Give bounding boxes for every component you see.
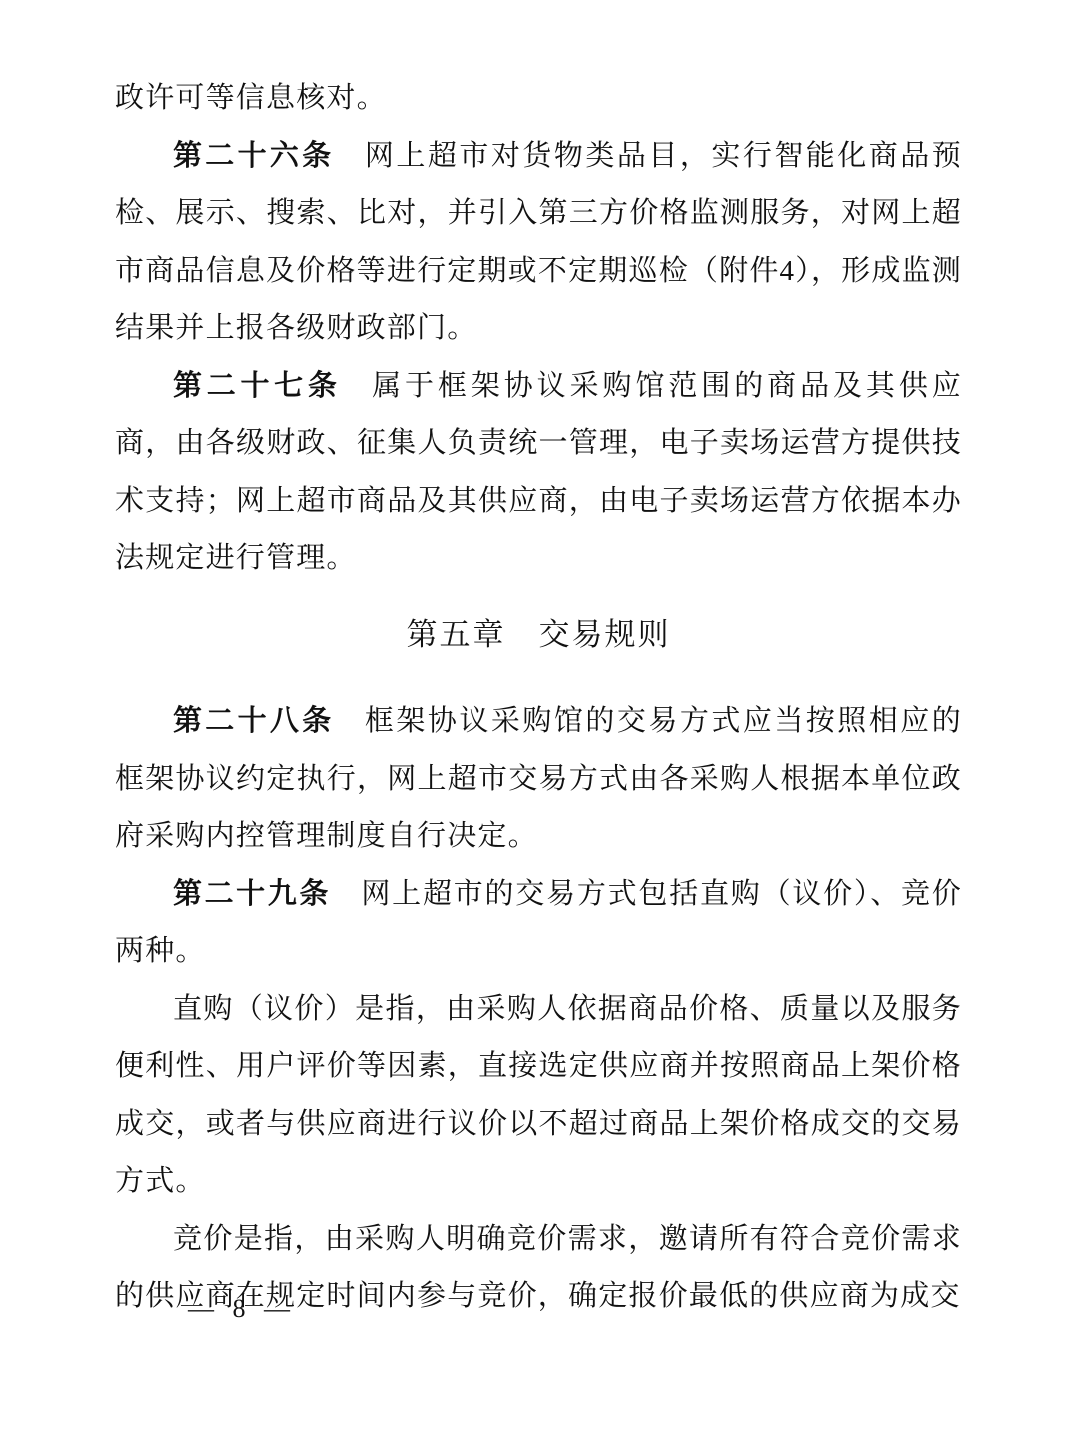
article-number: 第二十八条 [173,705,334,737]
article-number: 第二十九条 [173,878,331,910]
continuation-paragraph: 政许可等信息核对。 [115,70,962,128]
document-page: 政许可等信息核对。第二十六条网上超市对货物类品目，实行智能化商品预检、展示、搜索… [0,0,1077,1451]
article-paragraph: 第二十六条网上超市对货物类品目，实行智能化商品预检、展示、搜索、比对，并引入第三… [115,128,962,358]
chapter-heading: 第五章 交易规则 [115,606,962,664]
article-paragraph: 第二十七条属于框架协议采购馆范围的商品及其供应商，由各级财政、征集人负责统一管理… [115,358,962,588]
body-paragraph: 直购（议价）是指，由采购人依据商品价格、质量以及服务便利性、用户评价等因素，直接… [115,981,962,1211]
page-number: — 8 — [138,1264,296,1354]
article-paragraph: 第二十八条框架协议采购馆的交易方式应当按照相应的框架协议约定执行，网上超市交易方… [115,693,962,866]
document-body: 政许可等信息核对。第二十六条网上超市对货物类品目，实行智能化商品预检、展示、搜索… [115,70,962,1326]
article-number: 第二十七条 [173,370,342,402]
article-paragraph: 第二十九条网上超市的交易方式包括直购（议价）、竞价两种。 [115,866,962,981]
page-number-label: — 8 — [188,1294,296,1323]
article-number: 第二十六条 [173,140,334,172]
